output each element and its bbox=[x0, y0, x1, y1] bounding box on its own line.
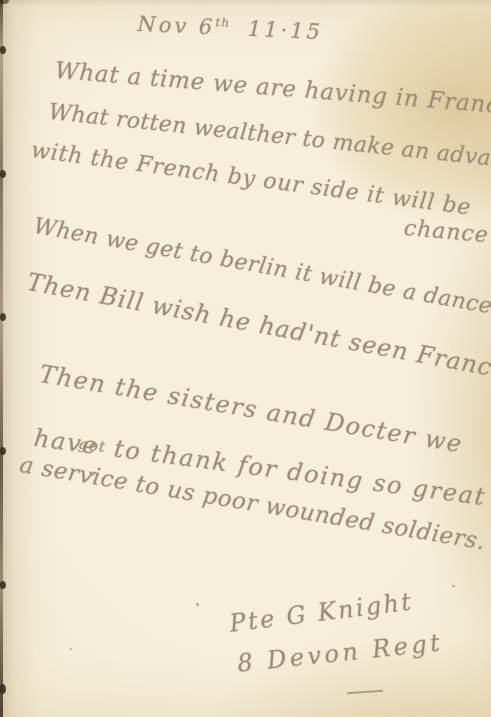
stitch-mark bbox=[0, 170, 6, 178]
signature-name: Pte G Knight bbox=[228, 587, 415, 637]
paper-speck bbox=[196, 603, 199, 606]
signature-regiment: 8 Devon Regt bbox=[236, 628, 445, 677]
paper-speck bbox=[452, 585, 455, 587]
poem-line-3-carryover: chance bbox=[403, 216, 490, 248]
time-text: 11·15 bbox=[247, 17, 323, 44]
corner-mark bbox=[0, 0, 9, 4]
stitch-mark bbox=[0, 313, 6, 321]
insertion-point: got, bbox=[97, 454, 113, 456]
page-binding-edge bbox=[0, 0, 3, 717]
date-line: Nov 6th11·15 bbox=[137, 12, 323, 44]
date-text: Nov 6 bbox=[137, 12, 216, 39]
paper-speck bbox=[70, 648, 72, 650]
regiment-underline bbox=[347, 690, 383, 695]
scanned-diary-page: Nov 6th11·15 What a time we are having i… bbox=[0, 0, 491, 717]
stitch-mark bbox=[0, 447, 6, 455]
stitch-mark bbox=[0, 581, 6, 589]
stitch-mark bbox=[0, 46, 6, 54]
date-ordinal: th bbox=[215, 15, 230, 30]
inserted-word-got: got bbox=[77, 435, 107, 456]
stitch-mark bbox=[0, 684, 6, 694]
